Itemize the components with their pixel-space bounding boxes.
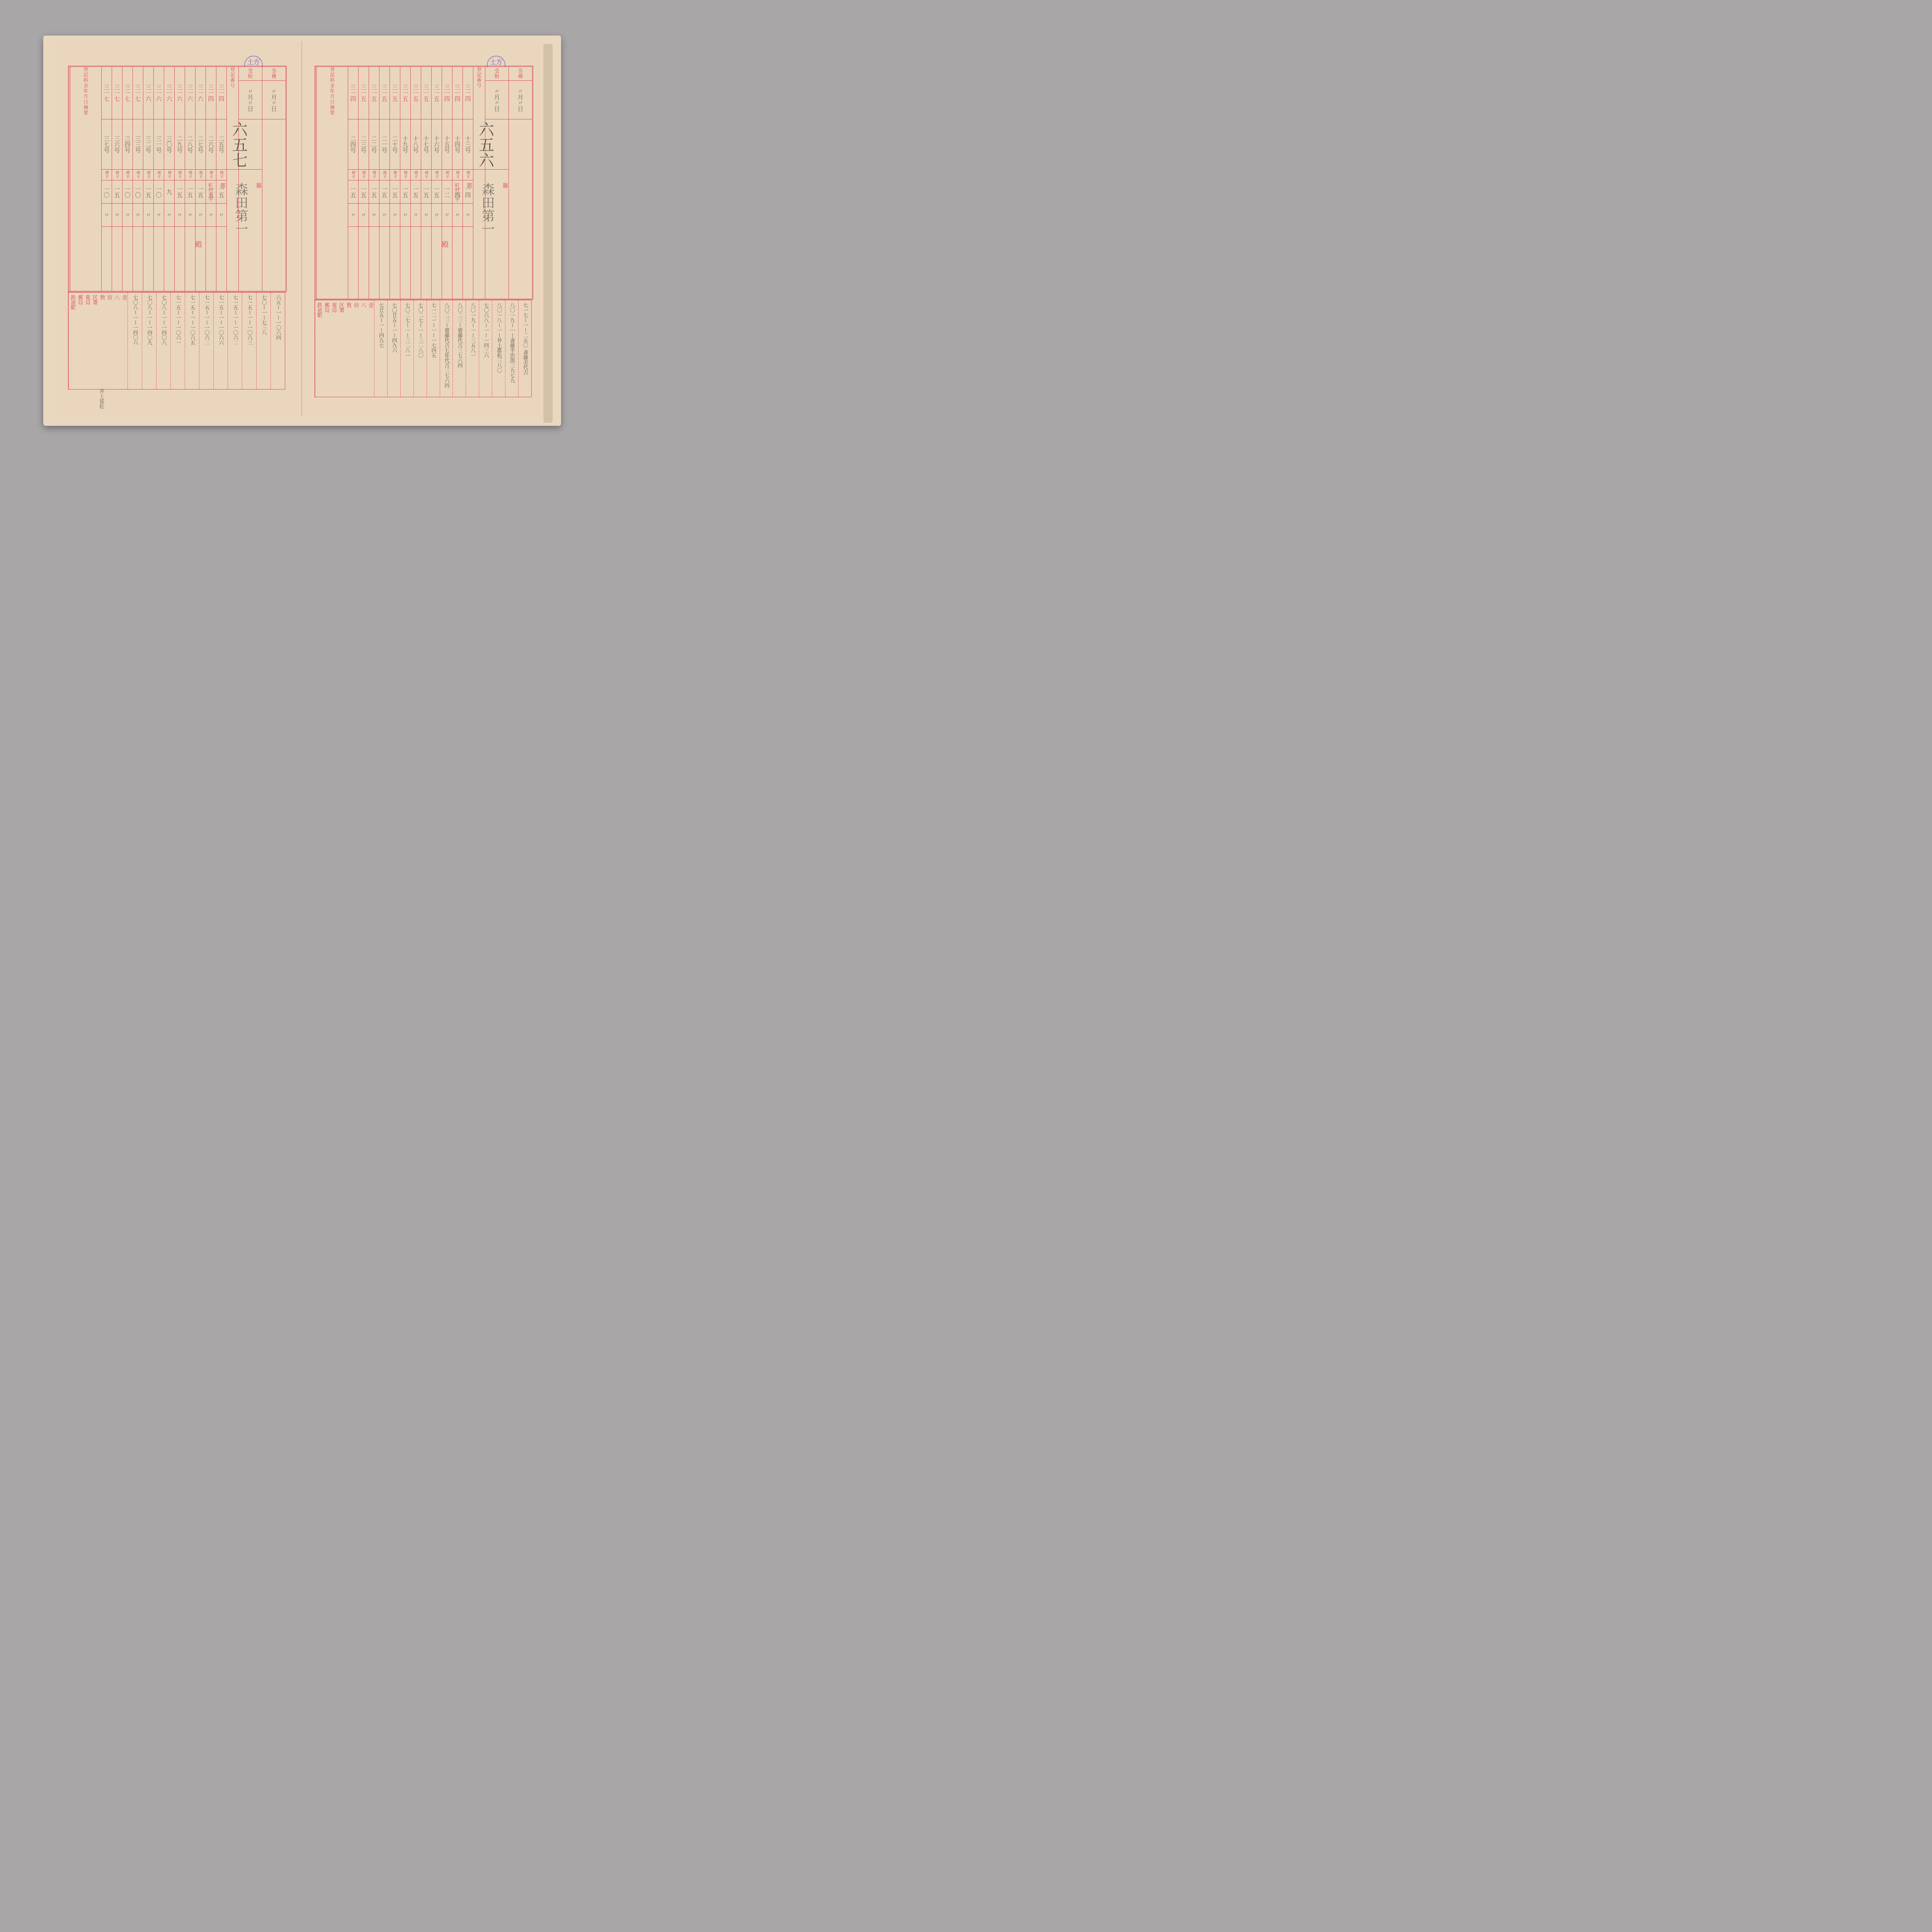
honorific: 殿 (439, 241, 449, 248)
bottom-entry: 七廿五ー一ー四九七 (374, 300, 387, 397)
bottom-entry: 八〇一九ー一ー三五八一 (466, 300, 479, 397)
bottom-entry: 八〇二三ー齋藤代吉七年代吉三七六四 (440, 300, 453, 397)
entry-column: 三一四二六号種平一五〃 (206, 67, 216, 291)
entry-code: 三一六 (176, 84, 184, 102)
stamp-box-label: 壹 (120, 295, 128, 389)
entry-lot: 三〇号 (165, 136, 173, 153)
owner-name: 森田第一 (231, 183, 250, 248)
form-frame: 巻種 〃月〃日 受附 〃月〃日 六五七 登記番号 三一四二五号種平一五〃三一四二… (68, 66, 287, 292)
entry-area-label: 種平 (125, 171, 130, 179)
entry-lot: 二一号 (381, 136, 389, 153)
side-header: 登記料 (329, 67, 336, 83)
entry-code: 三一五 (391, 84, 399, 102)
entry-lot: 三三号 (134, 136, 142, 153)
entry-code: 三一四 (464, 84, 472, 102)
entry-lot: 十九号 (401, 136, 410, 153)
bottom-entry: 七一五ー一ー一〇六二 (228, 293, 242, 389)
entry-code: 三一七 (124, 84, 132, 102)
entry-code: 三一五 (360, 84, 368, 102)
entry-area-label: 種平 (146, 171, 151, 179)
stamp-box-label: 区署 (337, 303, 345, 397)
entry-code: 三一六 (197, 84, 205, 102)
header-col-volume: 巻種 〃月〃日 (509, 67, 532, 299)
ledger-book: 土方 巻種 〃月〃日 受附 〃月〃日 六五七 登記番号 三一四二五号種平一五〃三… (43, 36, 561, 426)
district-label: 郡 (219, 183, 226, 248)
entry-area-label: 種平 (198, 171, 203, 179)
stamp-box-label: 鉄道駅 (315, 303, 323, 397)
entry-area: 一五 (145, 186, 153, 198)
entry-code: 三一六 (155, 84, 163, 102)
stamp-box-label: 鉄道駅 (69, 295, 76, 389)
stamp-box-label: 郵局 (76, 295, 83, 389)
reception-label: 受附 (247, 68, 254, 79)
entry-lot: 三二号 (145, 136, 153, 153)
entry-column: 三一六二七号種平一五〃 (195, 67, 206, 291)
entry-area-label: 種平 (372, 171, 377, 179)
entry-area-label: 種平 (351, 171, 356, 179)
entry-area-label: 種平 (209, 171, 214, 179)
entry-lot: 三六号 (113, 136, 121, 153)
entry-code: 三一五 (422, 84, 430, 102)
entry-lot: 二四号 (349, 136, 357, 153)
header-col-reception: 受附 〃月〃日 六五七 (238, 67, 262, 291)
prefecture-label: 縣 (255, 183, 262, 248)
register-number-col: 登記番号 (226, 67, 238, 291)
entry-ditto: 〃 (124, 212, 132, 218)
entry-area-label: 種平 (177, 171, 182, 179)
bottom-entry: 八〇二三ー齋藤代吉三七六四 (452, 300, 466, 397)
prefecture-label: 縣 (501, 183, 509, 248)
entry-ditto: 〃 (401, 212, 410, 218)
entry-lot: 十八号 (412, 136, 420, 153)
entry-area-label: 種平 (115, 171, 120, 179)
entry-code: 三一六 (186, 84, 194, 102)
entry-column: 三一七三七号種平一〇〃 (101, 67, 112, 291)
entry-code: 三一四 (349, 84, 357, 102)
town-label: 町村大字 (207, 183, 214, 248)
bottom-entry: 七一五ー一ー一〇六二 (199, 293, 213, 389)
side-header: 登記料 (83, 67, 89, 83)
entry-ditto: 〃 (391, 212, 399, 218)
day-field: 〃日 (270, 100, 278, 112)
entry-area-label: 種平 (104, 171, 109, 179)
entry-column: 三一六二九号種平一五〃 (174, 67, 185, 291)
entry-area-label: 種平 (434, 171, 439, 179)
entry-column: 三一七三四号種平一〇〃 (122, 67, 133, 291)
entry-lot: 二十号 (391, 136, 399, 153)
stamp-box-label: 八 (359, 303, 367, 397)
side-header-col: 登記料 金 年月日 摘要 (70, 67, 101, 291)
entry-area-label: 種平 (403, 171, 408, 179)
form-frame: 巻種 〃月〃日 受附 〃月〃日 六五六 登記番号 三一四十三号種平一四〃三一四十… (315, 66, 533, 300)
honorific: 殿 (193, 241, 203, 248)
side-header: 金 (83, 83, 89, 88)
entry-code: 三一四 (443, 84, 451, 102)
bottom-entry: 七一二一ー一ー一七四五 (427, 300, 440, 397)
district-label: 郡 (465, 183, 473, 248)
stamp-box-label: 倍 (105, 295, 113, 389)
bottom-entry: 八〇一九ー一ー斎藤平治郎三九七九 (505, 300, 518, 397)
entry-code: 三一六 (165, 84, 173, 102)
entry-ditto: 〃 (113, 212, 121, 218)
entry-ditto: 〃 (349, 212, 357, 218)
town-label: 町村大字 (454, 183, 461, 248)
entry-code: 三一四 (454, 84, 462, 102)
entry-ditto: 〃 (176, 212, 184, 218)
page-stack-edge (543, 44, 553, 423)
bottom-entry: 七〇六八ー一ー一四三六 (479, 300, 492, 397)
entry-code: 三一七 (113, 84, 121, 102)
entry-column: 三一六二八号種平一五〃 (185, 67, 195, 291)
entry-lot: 二八号 (186, 136, 194, 153)
side-header: 年月日 (329, 88, 336, 105)
entry-area-label: 種平 (393, 171, 398, 179)
entry-column: 三一六三〇号種平九〃 (164, 67, 174, 291)
entry-area-label: 種平 (156, 171, 162, 179)
volume-type-label: 巻種 (517, 68, 524, 79)
entry-area-label: 種平 (455, 171, 460, 179)
entry-code: 三一五 (370, 84, 378, 102)
entry-lot: 二五号 (218, 136, 226, 153)
entry-ditto: 〃 (381, 212, 389, 218)
month-field: 〃月 (517, 88, 525, 100)
entry-area: 一〇 (124, 186, 132, 198)
entry-area-label: 種平 (382, 171, 387, 179)
side-header: 摘要 (329, 105, 336, 116)
day-field: 〃日 (517, 100, 525, 112)
entry-lot: 十五号 (443, 136, 451, 153)
entry-lot: 二六号 (207, 136, 215, 153)
entry-lot: 三四号 (124, 136, 132, 153)
bottom-entry: 七一五ー一ー一〇六三 (242, 293, 256, 389)
entry-columns: 三一四二五号種平一五〃三一四二六号種平一五〃三一六二七号種平一五〃三一六二八号種… (101, 67, 226, 291)
entry-area-label: 種平 (136, 171, 141, 179)
entry-lot: 二二号 (370, 136, 378, 153)
entry-area-label: 種平 (361, 171, 366, 179)
stamp-boxes: 鉄道駅郵局電局区署数倍八壹 (315, 300, 374, 397)
entry-area: 九 (165, 189, 173, 195)
entry-area: 一五 (412, 186, 420, 198)
entry-lot: 三七号 (103, 136, 111, 153)
entry-area-label: 種平 (413, 171, 418, 179)
entry-area: 一〇 (103, 186, 111, 198)
entry-column: 三一五十八号種平一五〃 (410, 67, 421, 299)
bottom-entry: 六五ー一ー一〇六四 (270, 293, 285, 389)
entry-ditto: 〃 (155, 212, 163, 218)
owner-name: 森田第一 (478, 183, 497, 248)
entry-ditto: 〃 (134, 212, 142, 218)
right-page: 土方 巻種 〃月〃日 受附 〃月〃日 六五六 登記番号 三一四十三号種平一四〃三… (303, 41, 546, 417)
bottom-entry: 七〇八ー一ー一四〇九 (142, 293, 156, 389)
entry-lot: 十四号 (454, 136, 462, 153)
volume-type-label: 巻種 (271, 68, 277, 79)
entry-column: 三一七三六号種平一五〃 (112, 67, 122, 291)
side-header: 金 (329, 83, 336, 88)
entry-area: 一五 (401, 186, 410, 198)
entry-area: 一五 (381, 186, 389, 198)
entry-ditto: 〃 (370, 212, 378, 218)
entry-column: 三一六三一号種平一〇〃 (153, 67, 164, 291)
bottom-entries: 六五ー一ー一〇六四七〇ー一ー七三八七一五ー一ー一〇六三七一五ー一ー一〇六二七一五… (68, 292, 285, 389)
bottom-entry: 七〇ー一ー七三八 (256, 293, 270, 389)
register-number-label: 登記番号 (230, 67, 236, 88)
bottom-entry: 七一五ー一ー一〇六五 (185, 293, 199, 389)
stamp-box-label: 数 (98, 295, 105, 389)
entry-area: 一〇 (134, 186, 142, 198)
stamp-box-label: 郵局 (323, 303, 330, 397)
entry-column: 三一五十九号種平一五〃 (400, 67, 410, 299)
side-header-col: 登記料 金 年月日 摘要 (316, 67, 348, 299)
entry-area: 一五 (360, 186, 368, 198)
day-field: 〃日 (247, 100, 255, 112)
entry-ditto: 〃 (145, 212, 153, 218)
entry-ditto: 〃 (422, 212, 430, 218)
entry-area: 一〇 (155, 186, 163, 198)
stamp-box-label: 八 (113, 295, 120, 389)
bottom-entry: 七〇八ー一ー一四〇八 (156, 293, 170, 389)
entry-code: 三一五 (381, 84, 389, 102)
bottom-entry: 七〇二七ー一ー三二八一 (400, 300, 413, 397)
register-number-label: 登記番号 (476, 67, 483, 88)
entry-code: 三一五 (433, 84, 441, 102)
entry-lot: 二九号 (176, 136, 184, 153)
entry-lot: 二七号 (197, 136, 205, 153)
entry-area-label: 種平 (445, 171, 450, 179)
reception-label: 受附 (494, 68, 500, 79)
month-field: 〃月 (247, 88, 255, 100)
entry-lot: 三一号 (155, 136, 163, 153)
entry-area: 一五 (391, 186, 399, 198)
entry-code: 三一四 (207, 84, 215, 102)
entry-code: 三一六 (145, 84, 153, 102)
entry-area: 一五 (370, 186, 378, 198)
entry-column: 三一五十七号種平一五〃 (421, 67, 431, 299)
owner-block: 縣 森田第一 郡 町村大字 殿 (439, 183, 509, 248)
entry-area: 一五 (113, 186, 121, 198)
entry-grid: 巻種 〃月〃日 受附 〃月〃日 六五七 登記番号 三一四二五号種平一五〃三一四二… (69, 67, 286, 291)
bottom-entry: 七一七ー一ー二五〇 斎藤美代吉 (518, 300, 531, 397)
entry-lot: 二三号 (360, 136, 368, 153)
entry-column: 三一五二二号種平一五〃 (369, 67, 379, 299)
bottom-entry: 七〇廿五ー一ー四九六 (387, 300, 400, 397)
entry-code: 三一七 (103, 84, 111, 102)
side-header: 摘要 (83, 105, 89, 116)
entry-area-label: 種平 (466, 171, 471, 179)
month-field: 〃月 (493, 88, 501, 100)
entry-column: 三一五二三号種平一五〃 (358, 67, 369, 299)
entry-lot: 十七号 (422, 136, 430, 153)
entry-column: 三一七三三号種平一〇〃 (133, 67, 143, 291)
owner-block: 縣 森田第一 郡 町村大字 殿 (193, 183, 262, 248)
entry-lot: 十三号 (464, 136, 472, 153)
entry-area-label: 種平 (167, 171, 172, 179)
entry-area-label: 種平 (424, 171, 429, 179)
entry-ditto: 〃 (412, 212, 420, 218)
day-field: 〃日 (493, 100, 501, 112)
entry-column: 三一四二五号種平一五〃 (216, 67, 226, 291)
stamp-box-label: 電局 (83, 295, 91, 389)
left-page: 土方 巻種 〃月〃日 受附 〃月〃日 六五七 登記番号 三一四二五号種平一五〃三… (51, 41, 302, 417)
entry-lot: 十六号 (433, 136, 441, 153)
bottom-entry: 七〇二七ー一ー三二八〇 (413, 300, 427, 397)
entry-code: 三一四 (218, 84, 226, 102)
entry-column: 三一六三二号種平一五〃 (143, 67, 153, 291)
entry-ditto: 〃 (165, 212, 173, 218)
entry-area: 一五 (176, 186, 184, 198)
bottom-entries: 七一七ー一ー二五〇 斎藤美代吉八〇一九ー一ー斎藤平治郎三九七九八〇一八ー一ー井上… (315, 300, 532, 397)
entry-area-label: 種平 (188, 171, 193, 179)
entry-column: 三一四二四号種平一五〃 (348, 67, 358, 299)
side-header: 年月日 (83, 88, 89, 105)
entry-ditto: 〃 (103, 212, 111, 218)
stamp-boxes: 鉄道駅郵局電局区署数倍八壹 (68, 293, 128, 389)
entry-code: 三一五 (412, 84, 420, 102)
stamp-box-label: 倍 (352, 303, 359, 397)
annotation: 井上郁松 (97, 389, 105, 410)
bottom-entry: 七一五ー一ー一〇六一 (170, 293, 185, 389)
entry-area-label: 種平 (219, 171, 224, 179)
entry-ditto: 〃 (360, 212, 368, 218)
entry-code: 三一五 (401, 84, 410, 102)
stamp-box-label: 数 (345, 303, 352, 397)
entry-column: 三一五二一号種平一五〃 (379, 67, 389, 299)
entry-code: 三一七 (134, 84, 142, 102)
stamp-box-label: 壹 (367, 303, 374, 397)
header-col-volume: 巻種 〃月〃日 (262, 67, 286, 291)
entry-area: 一五 (422, 186, 430, 198)
bottom-entry: 七一五ー一ー一〇六六 (213, 293, 228, 389)
entry-column: 三一五二十号種平一五〃 (389, 67, 400, 299)
bottom-entry: 七〇八ー一ー一四〇六 (128, 293, 142, 389)
entry-area: 一五 (349, 186, 357, 198)
stamp-box-label: 区署 (91, 295, 98, 389)
bottom-entry: 八〇一八ー一ー井上都松三八〇 (492, 300, 505, 397)
month-field: 〃月 (270, 88, 278, 100)
stamp-box-label: 電局 (330, 303, 337, 397)
